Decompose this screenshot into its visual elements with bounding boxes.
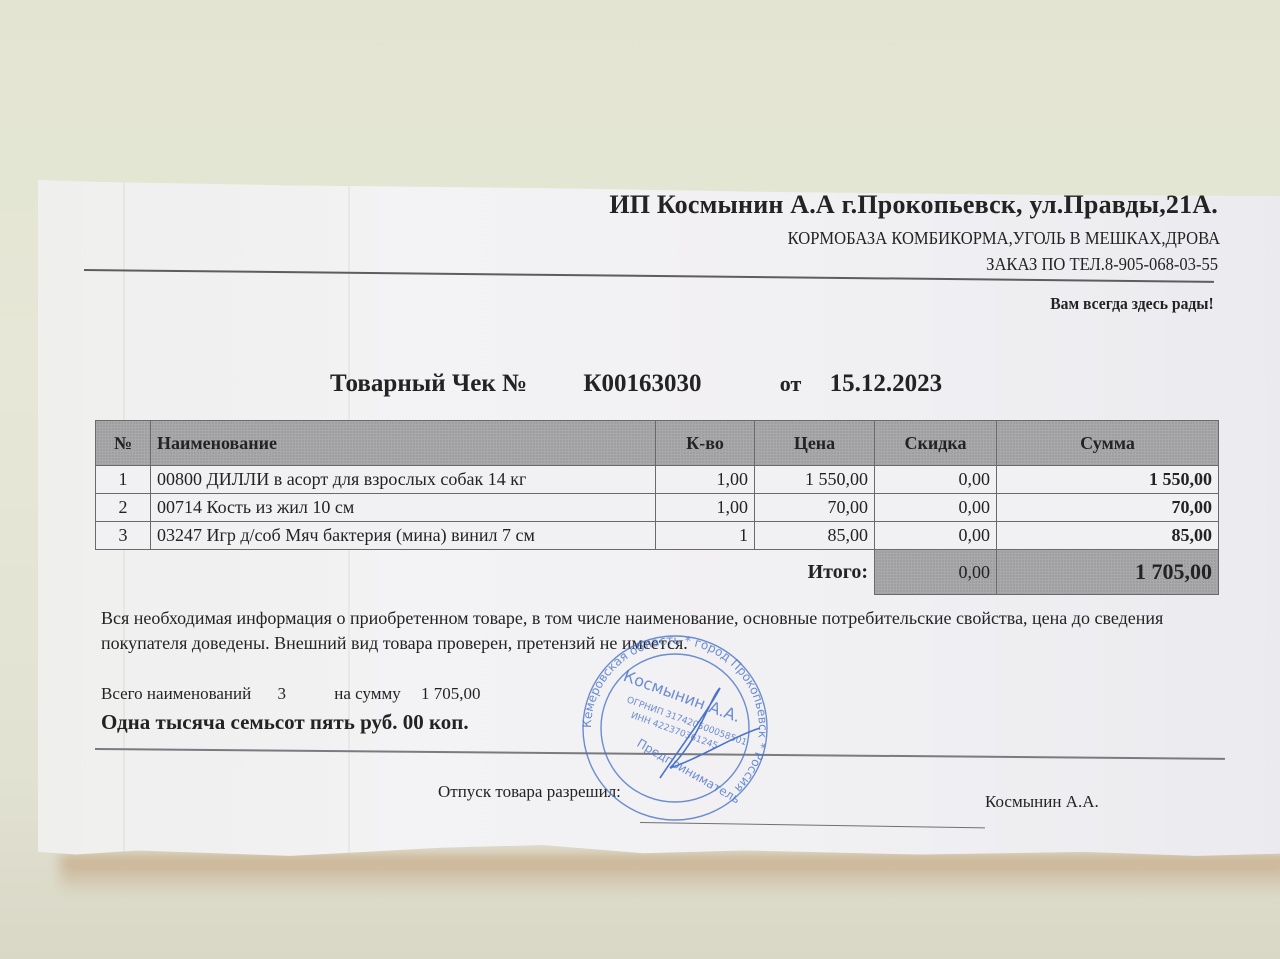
row-qty: 1	[656, 522, 755, 550]
col-discount: Скидка	[875, 421, 997, 466]
receipt-date: 15.12.2023	[830, 370, 943, 398]
paper-shadow	[60, 855, 1280, 895]
table-row: 100800 ДИЛЛИ в асорт для взрослых собак …	[96, 466, 1219, 494]
row-discount: 0,00	[875, 466, 997, 494]
amount-label: на сумму	[334, 684, 401, 704]
greeting: Вам всегда здесь рады!	[1050, 294, 1214, 314]
row-name: 00714 Кость из жил 10 см	[151, 494, 656, 522]
row-qty: 1,00	[656, 466, 755, 494]
row-qty: 1,00	[656, 494, 755, 522]
seller-phone: ЗАКАЗ ПО ТЕЛ.8-905-068-03-55	[986, 254, 1218, 275]
row-name: 00800 ДИЛЛИ в асорт для взрослых собак 1…	[151, 466, 656, 494]
col-sum: Сумма	[997, 421, 1219, 466]
row-no: 1	[96, 466, 151, 494]
receipt-from-label: от	[780, 371, 802, 397]
seller-title: ИП Космынин А.А г.Прокопьевск, ул.Правды…	[609, 190, 1218, 220]
total-label: Итого:	[96, 550, 875, 595]
row-price: 70,00	[755, 494, 875, 522]
row-sum: 1 550,00	[997, 466, 1219, 494]
receipt-title: Товарный Чек № К00163030 от 15.12.2023	[330, 370, 942, 398]
amount-value: 1 705,00	[421, 684, 481, 704]
col-price: Цена	[755, 421, 875, 466]
row-no: 3	[96, 522, 151, 550]
items-count: 3	[277, 684, 286, 704]
signer-name: Космынин А.А.	[985, 792, 1099, 812]
row-name: 03247 Игр д/соб Мяч бактерия (мина) вини…	[151, 522, 656, 550]
total-sum: 1 705,00	[997, 550, 1219, 595]
seller-subtitle: КОРМОБАЗА КОМБИКОРМА,УГОЛЬ В МЕШКАХ,ДРОВ…	[787, 228, 1220, 249]
row-price: 1 550,00	[755, 466, 875, 494]
items-count-label: Всего наименований	[101, 684, 251, 704]
amount-in-words: Одна тысяча семьсот пять руб. 00 коп.	[101, 710, 469, 735]
row-sum: 70,00	[997, 494, 1219, 522]
total-row: Итого: 0,00 1 705,00	[96, 550, 1219, 595]
col-no: №	[96, 421, 151, 466]
row-discount: 0,00	[875, 494, 997, 522]
table-row: 303247 Игр д/соб Мяч бактерия (мина) вин…	[96, 522, 1219, 550]
col-qty: К-во	[656, 421, 755, 466]
col-name: Наименование	[151, 421, 656, 466]
table-row: 200714 Кость из жил 10 см1,0070,000,0070…	[96, 494, 1219, 522]
summary-line: Всего наименований 3 на сумму 1 705,00	[101, 684, 481, 704]
table-header: № Наименование К-во Цена Скидка Сумма	[96, 421, 1219, 466]
svg-text:Предприниматель: Предприниматель	[635, 736, 743, 806]
row-discount: 0,00	[875, 522, 997, 550]
row-price: 85,00	[755, 522, 875, 550]
row-no: 2	[96, 494, 151, 522]
total-discount: 0,00	[875, 550, 997, 595]
items-table: № Наименование К-во Цена Скидка Сумма 10…	[95, 420, 1219, 595]
seal-stamp-icon: Кемеровская область * город Прокопьевск …	[560, 628, 790, 828]
receipt-title-label: Товарный Чек №	[330, 370, 527, 398]
receipt-number: К00163030	[583, 370, 701, 398]
row-sum: 85,00	[997, 522, 1219, 550]
